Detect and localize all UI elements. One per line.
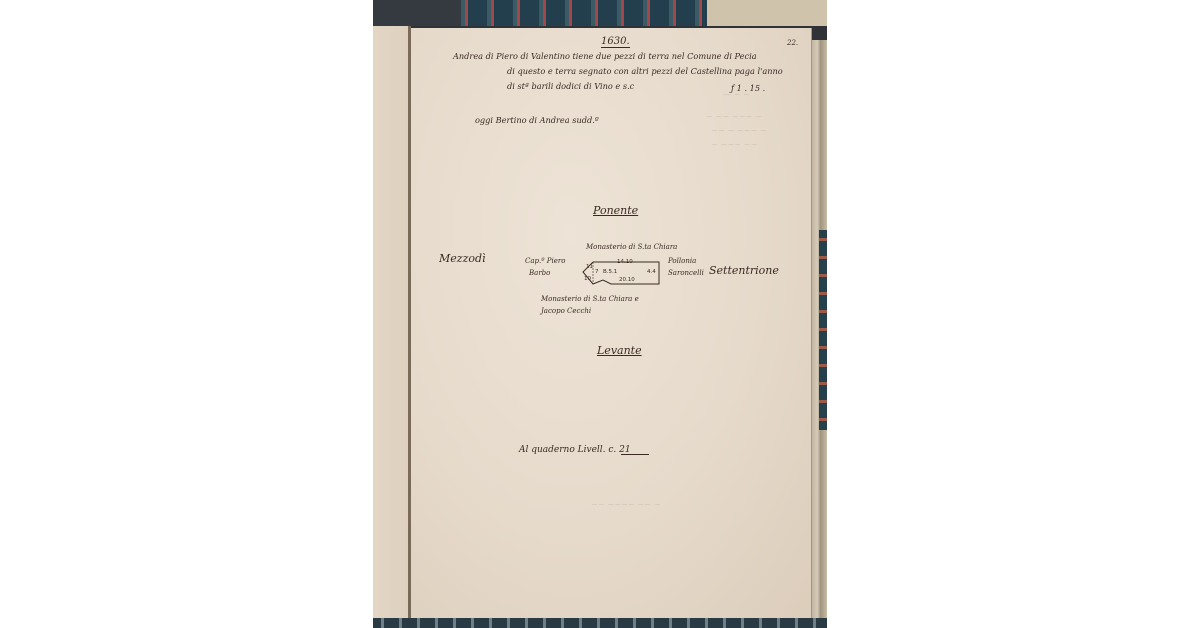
neighbor-bottom-2: Jacopo Cecchi xyxy=(541,306,591,316)
bleed-through-text: ~ ~~~ ~~ xyxy=(711,138,757,151)
cover-shadow xyxy=(373,0,461,26)
entry-amount: ƒ 1 . 15 . xyxy=(731,82,765,95)
bleed-through-text: ~ ~~ ~~~ ~ xyxy=(706,110,762,123)
bleed-through-text: ~~ ~ ~~~ ~ xyxy=(711,124,767,137)
left-page-edge xyxy=(373,26,409,618)
neighbor-bottom-1: Monasterio di S.ta Chiara e xyxy=(541,294,639,304)
owner-annotation: oggi Bertino di Andrea sudd.º xyxy=(475,114,599,127)
neighbor-top: Monasterio di S.ta Chiara xyxy=(586,242,677,252)
label-mezzodi: Mezzodì xyxy=(439,252,486,265)
marbled-cover-edge xyxy=(819,230,827,430)
parcel-right-measure: 4.4 xyxy=(647,269,656,275)
parcel-area: B.5.1 xyxy=(603,269,617,275)
folio-number: 22. xyxy=(787,38,798,48)
marbled-cover-top xyxy=(373,0,827,26)
marbled-cover-bottom xyxy=(373,618,827,628)
page-stack-edge xyxy=(811,40,827,618)
neighbor-left-2: Barbo xyxy=(529,268,550,278)
label-ponente: Ponente xyxy=(593,204,638,217)
entry-line-3: di stª barili dodici di Vino e s.c xyxy=(507,80,634,93)
parcel-left-bottom: 10 xyxy=(584,276,591,282)
bleed-through-text: ~~ ~~~~ ~~ ~ xyxy=(591,498,661,511)
footer-reference: Al quaderno Livell. c. 21 xyxy=(519,444,631,457)
entry-line-1: Andrea di Piero di Valentino tiene due p… xyxy=(453,50,757,63)
neighbor-right-1: Pollonia xyxy=(668,256,696,266)
parcel-left-top: 11 xyxy=(586,264,593,270)
cover-flap xyxy=(707,0,827,26)
neighbor-left-1: Cap.º Piero xyxy=(525,256,565,266)
parcel-bottom-measure: 20.10 xyxy=(619,277,635,283)
manuscript-page: — ~ ~ ~ ~~ ~~~ ~ ~~ ~ ~~~ ~ ~ ~~~ ~~ ~~ … xyxy=(411,28,812,618)
parcel-top-measure: 14.10 xyxy=(617,259,633,265)
entry-line-2: di questo e terra segnato con altri pezz… xyxy=(507,65,783,78)
year-heading: 1630. xyxy=(601,36,630,48)
label-levante: Levante xyxy=(597,344,642,357)
label-settentrione: Settentrione xyxy=(709,264,779,277)
neighbor-right-2: Saroncelli xyxy=(668,268,704,278)
parcel-diagram: 14.10 20.10 4.4 7 11 10 B.5.1 xyxy=(581,260,659,286)
parcel-left-measure: 7 xyxy=(595,269,599,275)
manuscript-scan: — ~ ~ ~ ~~ ~~~ ~ ~~ ~ ~~~ ~ ~ ~~~ ~~ ~~ … xyxy=(373,0,827,628)
footer-underline xyxy=(621,454,649,455)
